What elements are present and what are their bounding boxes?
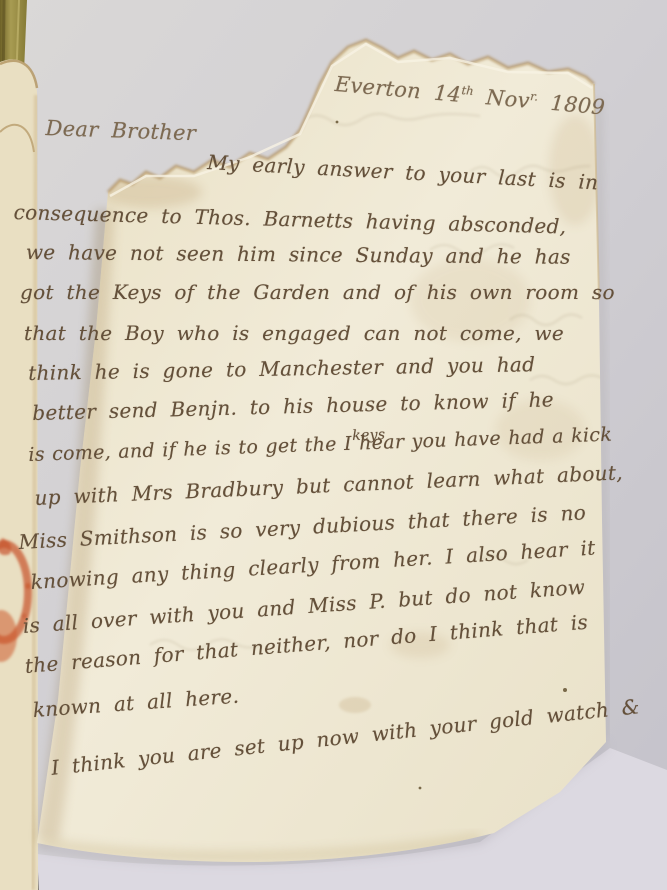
photo-scene (0, 0, 667, 890)
left-page-edges (0, 59, 38, 890)
letter-photo: Everton 14th Novr. 1809 Dear Brother My … (0, 0, 667, 890)
